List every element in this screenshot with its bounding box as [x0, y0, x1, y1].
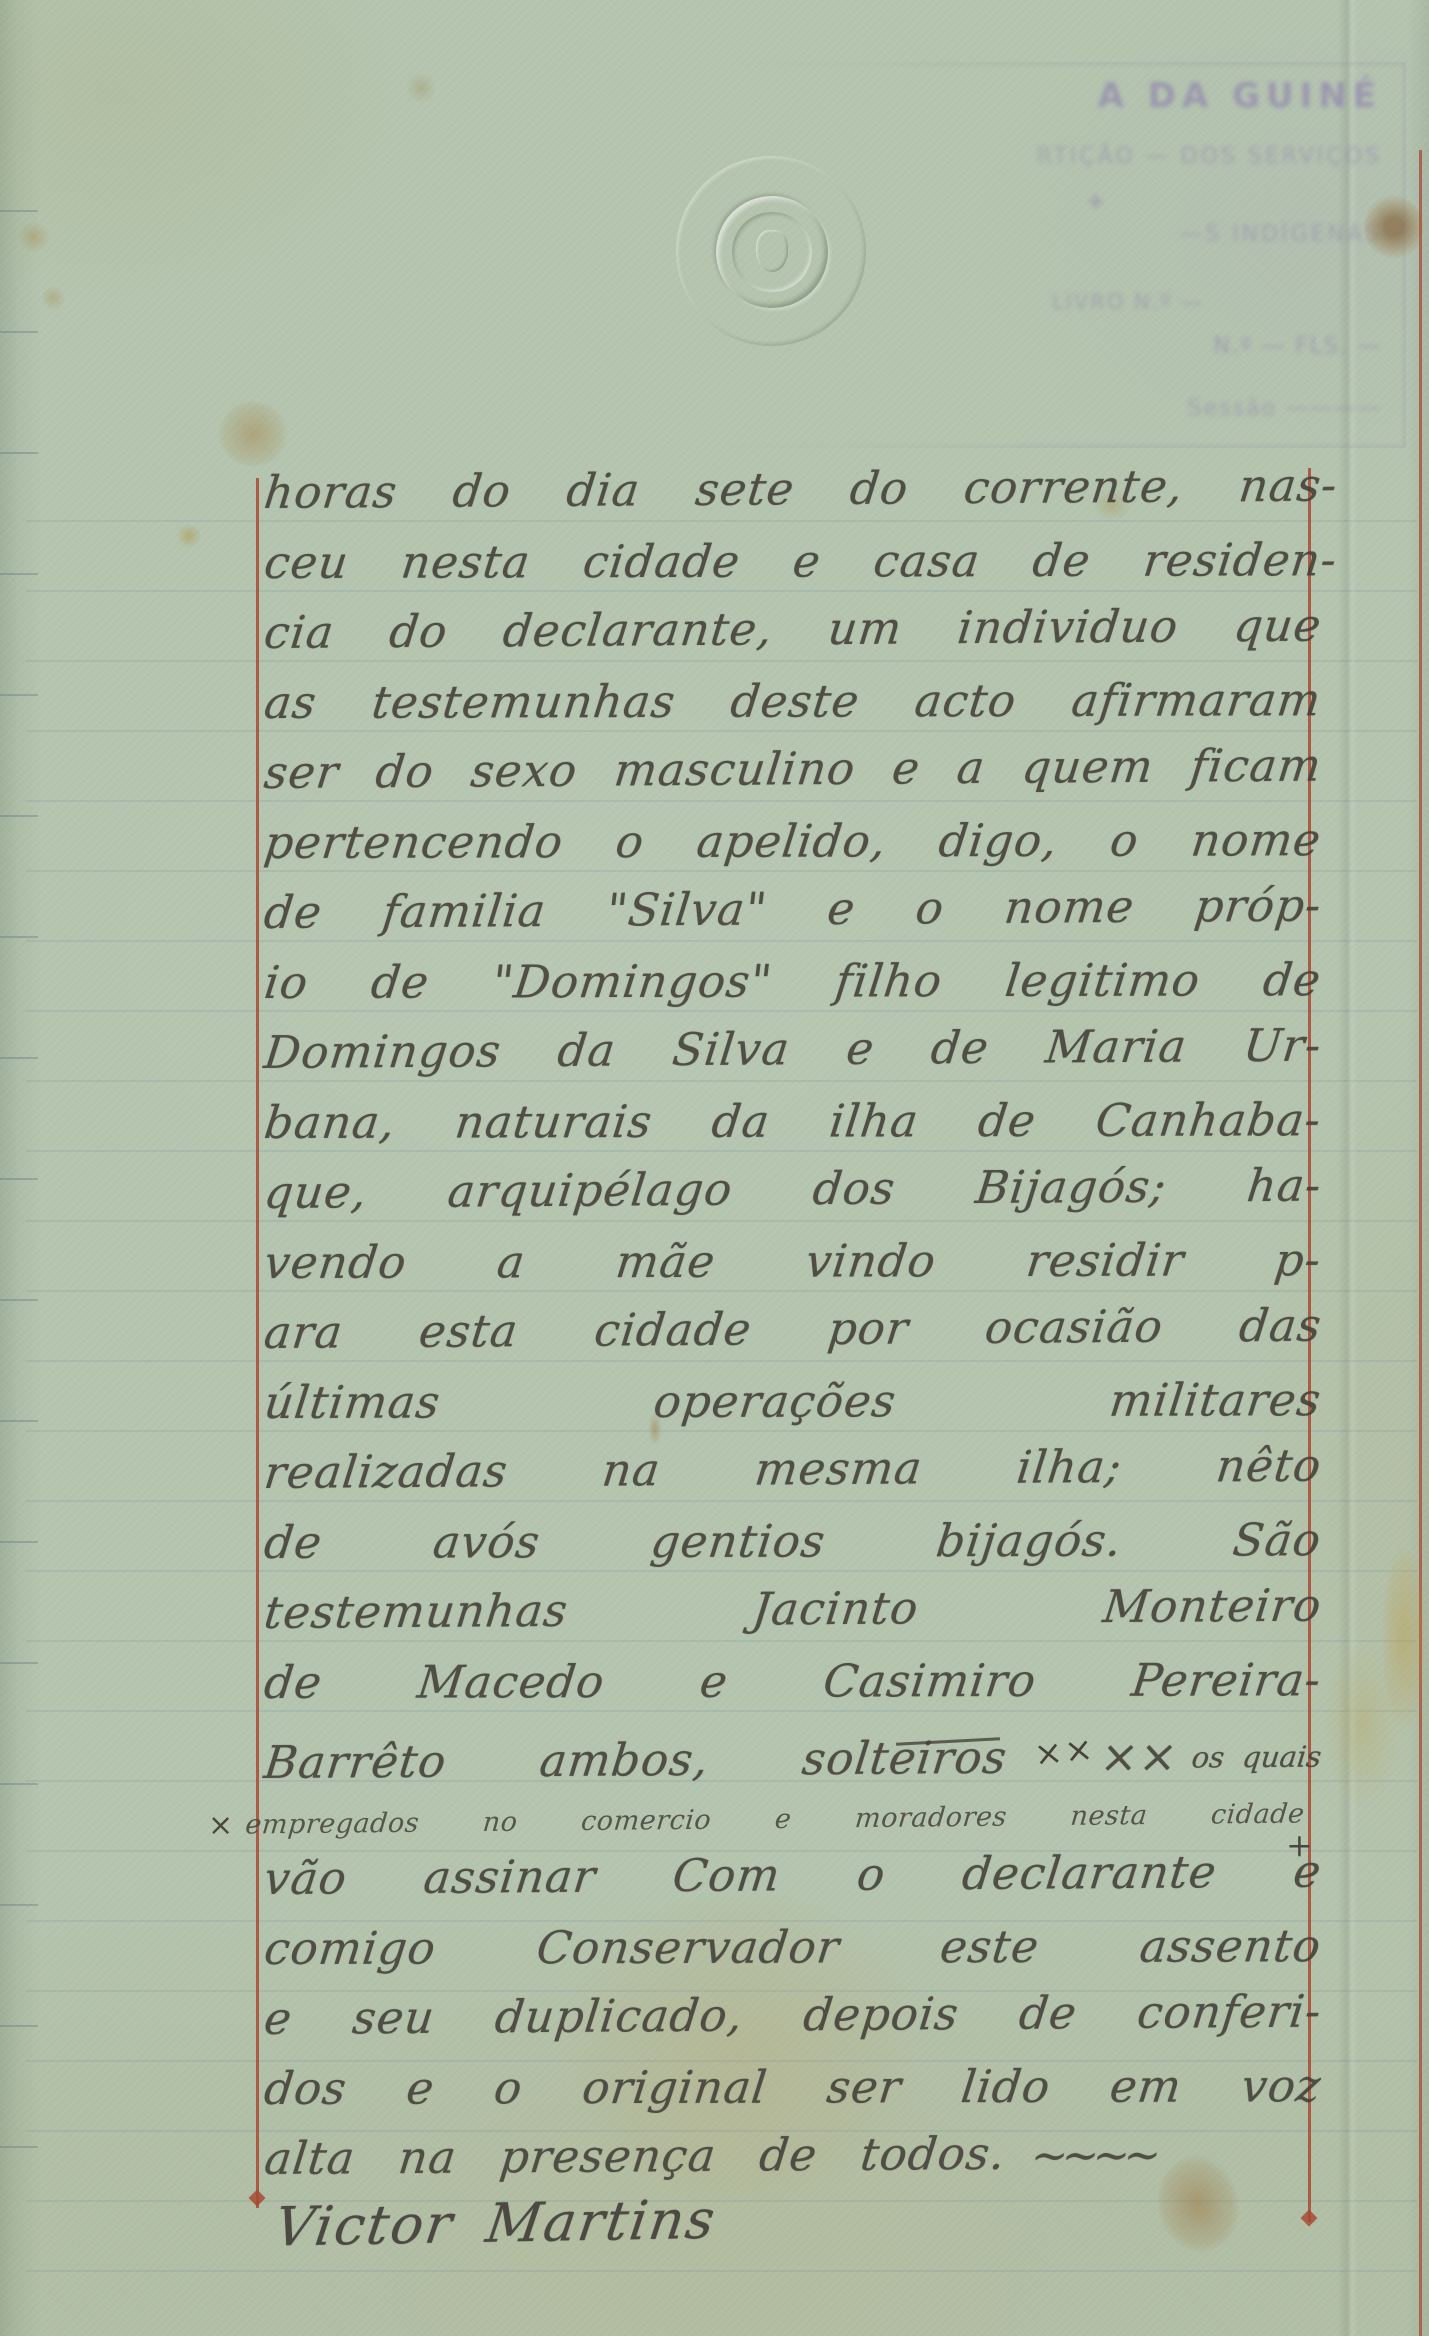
left-edge-ruling-stubs: [0, 210, 38, 2160]
manuscript-line-4: as testemunhas deste acto afirmaram: [262, 677, 1324, 725]
manuscript-line-16: de avós gentios bijagós. São: [262, 1517, 1324, 1565]
manuscript-line-15: realizadas na mesma ilha; nêto: [262, 1443, 1324, 1495]
stamp-line: ✚: [1087, 190, 1104, 214]
manuscript-line-1: horas do dia sete do corrente, nas-: [262, 463, 1340, 515]
embossed-seal-shield: [756, 230, 788, 272]
manuscript-line-9: Domingos da Silva e de Maria Ur-: [262, 1023, 1324, 1075]
manuscript-line-20: vão assinar Com o declarante e: [262, 1849, 1324, 1901]
manuscript-line-12: vendo a mãe vindo residir p-: [262, 1237, 1324, 1285]
manuscript-line-19: Barrêto ambos, solteiros ×× os quais: [262, 1733, 1324, 1785]
manuscript-line-18: de Macedo e Casimiro Pereira-: [262, 1657, 1324, 1705]
manuscript-line-17: testemunhas Jacinto Monteiro: [262, 1583, 1324, 1635]
stamp-line: RTIÇÃO — DOS SERVIÇOS: [1037, 144, 1382, 169]
manuscript-line-7: de familia "Silva" e o nome próp-: [262, 883, 1324, 935]
left-red-rule: [256, 478, 259, 2208]
page-edge-red-rule: [1419, 150, 1422, 2336]
manuscript-line-6: pertencendo o apelido, digo, o nome: [262, 817, 1324, 865]
closing-flourish: ∼∼∼∼: [1029, 2130, 1158, 2179]
manuscript-line-11: que, arquipélago dos Bijagós; ha-: [262, 1163, 1324, 1215]
manuscript-line-2: ceu nesta cidade e casa de residen-: [262, 537, 1340, 585]
manuscript-line-22: e seu duplicado, depois de conferi-: [262, 1989, 1324, 2041]
stamp-line: —S INDÍGENAS: [1180, 222, 1382, 247]
manuscript-page: A DA GUINÉ RTIÇÃO — DOS SERVIÇOS ✚ —S IN…: [0, 0, 1429, 2336]
manuscript-line-13: ara esta cidade por ocasião das: [262, 1303, 1324, 1355]
manuscript-line-19-tail: os quais: [1190, 1733, 1324, 1773]
manuscript-line-21: comigo Conservador este assento: [262, 1923, 1324, 1971]
stamp-line: N.º — FLS. —: [1213, 334, 1382, 359]
margin-insertion-mark: ×: [208, 1808, 233, 1843]
stamp-line: Sessão ————: [1188, 396, 1382, 421]
manuscript-line-8: io de "Domingos" filho legitimo de: [262, 957, 1324, 1005]
manuscript-line-23: dos e o original ser lido em voz: [262, 2063, 1324, 2111]
manuscript-line-24: alta na presença de todos. ∼∼∼∼: [262, 2129, 1324, 2184]
registrar-signature: Victor Martins: [272, 2191, 801, 2254]
manuscript-line-10: bana, naturais da ilha de Canhaba-: [262, 1097, 1324, 1145]
insertion-double-cross-mark: ××: [1032, 1729, 1097, 1775]
manuscript-line-5: ser do sexo masculino e a quem ficam: [262, 743, 1324, 795]
stamp-line: A DA GUINÉ: [1098, 76, 1382, 116]
manuscript-line-24-text: alta na presença de todos.: [262, 2131, 1008, 2181]
stamp-line: LIVRO N.º —: [1052, 290, 1204, 314]
manuscript-line-14: últimas operações militares: [262, 1377, 1324, 1425]
manuscript-line-3: cia do declarante, um individuo que: [262, 603, 1324, 655]
